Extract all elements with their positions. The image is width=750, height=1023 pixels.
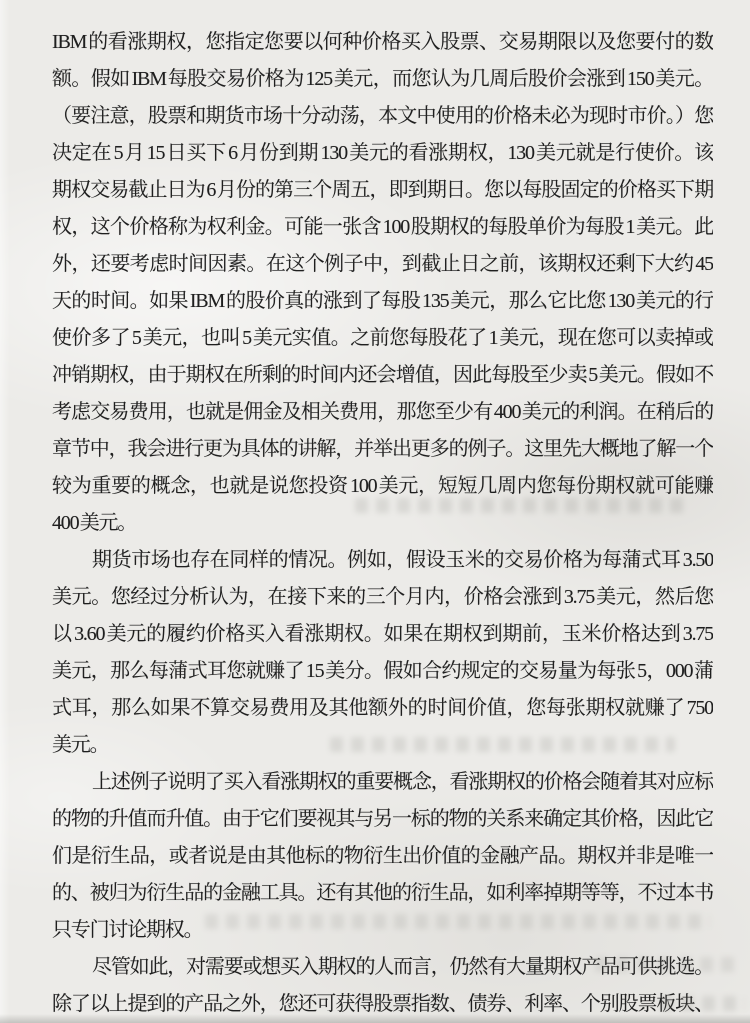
text-line: 冲销期权，由于期权在所剩的时间内还会增值，因此每股至少卖 5 美元。假如不 <box>52 357 713 394</box>
text-line: 考虑交易费用，也就是佣金及相关费用，那您至少有 400 美元的利润。在稍后的 <box>52 394 713 431</box>
text-line: 额。假如 IBM 每股交易价格为 125 美元，而您认为几周后股价会涨到 150… <box>52 61 713 98</box>
text-line: 的、被归为衍生品的金融工具。还有其他的衍生品，如利率掉期等等，不过本书 <box>52 875 713 912</box>
text-line: 400 美元。 <box>52 505 713 542</box>
body-text: IBM 的看涨期权，您指定您要以何种价格买入股票、交易期限以及您要付的数额。假如… <box>52 24 713 1023</box>
text-line: 美元。您经过分析认为，在接下来的三个月内，价格会涨到 3.75 美元，然后您 <box>52 579 713 616</box>
text-line: 以 3.60 美元的履约价格买入看涨期权。如果在期权到期前，玉米价格达到 3.7… <box>52 616 713 653</box>
book-page: IBM 的看涨期权，您指定您要以何种价格买入股票、交易期限以及您要付的数额。假如… <box>0 0 750 1023</box>
text-line: 美元，那么每蒲式耳您就赚了 15 美分。假如合约规定的交易量为每张 5，000 … <box>52 653 713 690</box>
text-line: 上述例子说明了买入看涨期权的重要概念，看涨期权的价格会随着其对应标 <box>52 764 713 801</box>
text-line: IBM 的看涨期权，您指定您要以何种价格买入股票、交易期限以及您要付的数 <box>52 24 713 61</box>
text-line: 权，这个价格称为权利金。可能一张含 100 股期权的每股单价为每股 1 美元。此 <box>52 209 713 246</box>
text-line: 美元。 <box>52 727 713 764</box>
text-line: 外，还要考虑时间因素。在这个例子中，到截止日之前，该期权还剩下大约 45 <box>52 246 713 283</box>
text-line: 章节中，我会进行更为具体的讲解，并举出更多的例子。这里先大概地了解一个 <box>52 431 713 468</box>
text-line: 天的时间。如果 IBM 的股价真的涨到了每股 135 美元，那么它比您 130 … <box>52 283 713 320</box>
text-line: （要注意，股票和期货市场十分动荡，本文中使用的价格未必为现时市价。）您 <box>52 98 713 135</box>
text-line: 决定在 5 月 15 日买下 6 月份到期 130 美元的看涨期权，130 美元… <box>52 135 713 172</box>
text-line: 较为重要的概念，也就是说您投资 100 美元，短短几周内您每份期权就可能赚 <box>52 468 713 505</box>
text-line: 除了以上提到的产品之外，您还可获得股票指数、债券、利率、个别股票板块、 <box>52 986 713 1023</box>
text-line: 只专门讨论期权。 <box>52 912 713 949</box>
text-line: 期权交易截止日为 6 月份的第三个周五，即到期日。您以每股固定的价格买下期 <box>52 172 713 209</box>
text-line: 们是衍生品，或者说是由其他标的物衍生出价值的金融产品。期权并非是唯一 <box>52 838 713 875</box>
text-line: 的物的升值而升值。由于它们要视其与另一标的物的关系来确定其价格，因此它 <box>52 801 713 838</box>
text-line: 期货市场也存在同样的情况。例如，假设玉米的交易价格为每蒲式耳 3.50 <box>52 542 713 579</box>
text-line: 尽管如此，对需要或想买入期权的人而言，仍然有大量期权产品可供挑选。 <box>52 949 713 986</box>
text-line: 式耳，那么如果不算交易费用及其他额外的时间价值，您每张期权就赚了 750 <box>52 690 713 727</box>
text-line: 使价多了 5 美元，也叫 5 美元实值。之前您每股花了 1 美元，现在您可以卖掉… <box>52 320 713 357</box>
page-left-edge-highlight <box>0 0 10 1023</box>
